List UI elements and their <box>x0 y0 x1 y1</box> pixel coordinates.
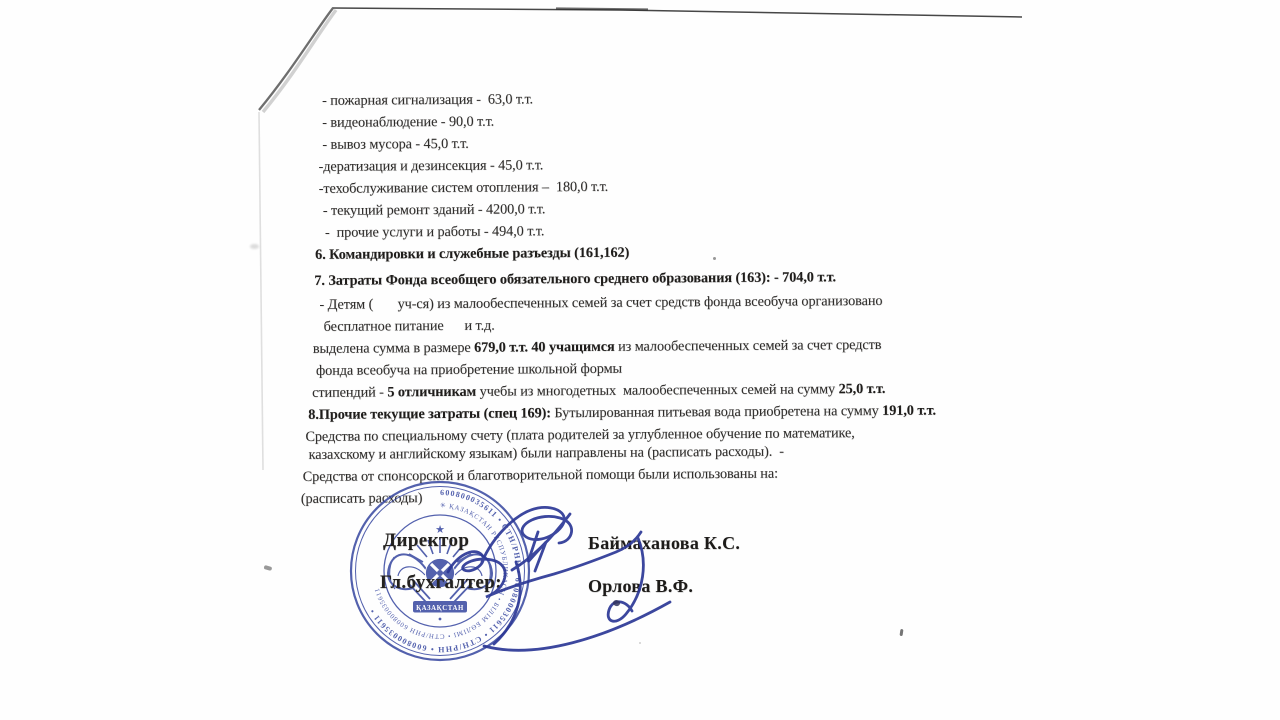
scan-speck <box>639 642 641 644</box>
doc-line-segment: 25,0 т.т. <box>838 381 885 397</box>
doc-line: 8.Прочие текущие затраты (спец 169): Бут… <box>308 399 980 426</box>
doc-line-segment: 5 отличникам <box>387 384 476 401</box>
top-edge-line <box>332 8 1022 17</box>
accountant-signature <box>448 532 670 650</box>
doc-line-segment: - видеонаблюдение - 90,0 т.т. <box>322 114 494 131</box>
doc-line-segment: выделена сумма в размере <box>313 340 474 357</box>
doc-line: - Детям ( уч-ся) из малообеспеченных сем… <box>319 289 979 316</box>
top-edge-dark-segment <box>556 9 648 10</box>
doc-line-segment: 8.Прочие текущие затраты (спец 169): <box>308 405 554 423</box>
doc-line-segment: 191,0 т.т. <box>882 403 936 419</box>
doc-line-segment: - пожарная сигнализация - 63,0 т.т. <box>322 91 533 108</box>
doc-line-segment: 6. Командировки и служебные разъезды (16… <box>315 245 629 263</box>
doc-line-segment: 679,0 т.т. 40 учащимся <box>474 339 615 356</box>
doc-line-segment: - вывоз мусора - 45,0 т.т. <box>322 136 468 153</box>
scanned-document-page: - пожарная сигнализация - 63,0 т.т.- вид… <box>0 0 1280 720</box>
doc-line: 7. Затраты Фонда всеобщего обязательного… <box>314 265 979 292</box>
doc-line-segment: фонда всеобуча на приобретение школьной … <box>316 361 622 379</box>
left-page-edge <box>259 112 263 470</box>
doc-line-segment: бесплатное питание и т.д. <box>324 318 495 335</box>
doc-line-segment: -дератизация и дезинсекция - 45,0 т.т. <box>318 157 543 175</box>
doc-line-segment: учебы из многодетных малообеспеченных се… <box>476 381 838 400</box>
doc-line-segment: стипендий - <box>312 384 387 401</box>
doc-line-segment: - текущий ремонт зданий - 4200,0 т.т. <box>323 201 546 219</box>
doc-line-segment: -техобслуживание систем отопления – 180,… <box>319 179 609 197</box>
doc-line-segment: - прочие услуги и работы - 494,0 т.т. <box>325 223 544 241</box>
doc-line-segment: 7. Затраты Фонда всеобщего обязательного… <box>314 269 836 289</box>
scan-speck <box>713 257 716 260</box>
doc-line-segment: из малообеспеченных семей за счет средст… <box>615 337 882 355</box>
doc-line-segment: Бутылированная питьевая вода приобретена… <box>554 403 882 421</box>
doc-line-segment: казахскому и английскому языкам) были на… <box>308 444 783 463</box>
doc-line: выделена сумма в размере 679,0 т.т. 40 у… <box>313 333 980 360</box>
doc-line: 6. Командировки и служебные разъезды (16… <box>315 239 979 266</box>
handwritten-signatures <box>420 470 720 680</box>
scan-smudge <box>250 244 259 249</box>
doc-line-segment: - Детям ( уч-ся) из малообеспеченных сем… <box>319 293 882 313</box>
document-text-block: - пожарная сигнализация - 63,0 т.т.- вид… <box>298 85 981 510</box>
